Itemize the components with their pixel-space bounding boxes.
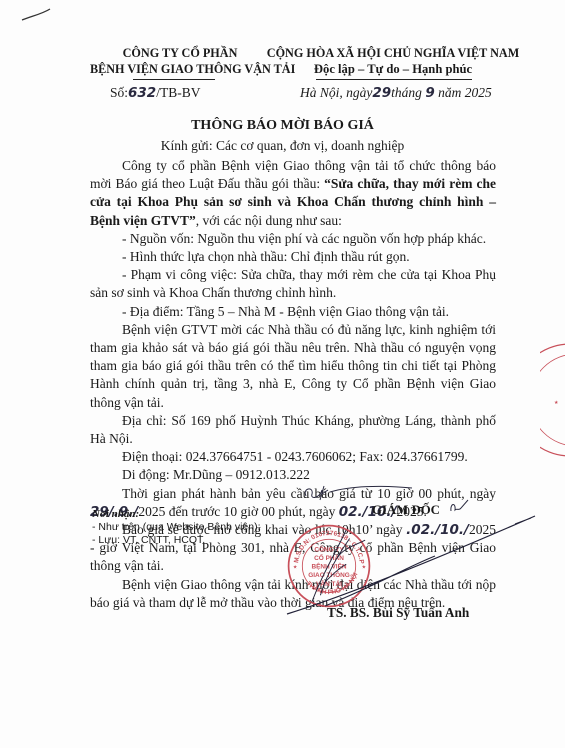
phone-line: Điện thoại: 024.37664751 - 0243.7606062;… xyxy=(90,448,496,466)
initials-mark-icon xyxy=(300,482,420,504)
bullet-location: - Địa điểm: Tầng 5 – Nhà M - Bệnh viện G… xyxy=(90,303,496,321)
motto-underline xyxy=(316,79,472,80)
org-underline xyxy=(133,79,215,80)
national-motto: Độc lập – Tự do – Hạnh phúc xyxy=(262,62,524,78)
edge-seal-icon: ★ xyxy=(540,340,565,460)
bullet-selection-method: - Hình thức lựa chọn nhà thầu: Chỉ định … xyxy=(90,248,496,266)
address-line: Địa chỉ: Số 169 phố Huỳnh Thúc Kháng, ph… xyxy=(90,412,496,448)
national-header: CỘNG HÒA XÃ HỘI CHỦ NGHĨA VIỆT NAM Độc l… xyxy=(262,46,524,77)
intro-paragraph: Công ty cổ phần Bệnh viện Giao thông vận… xyxy=(90,157,496,230)
document-date: Hà Nội, ngày29tháng 9 năm 2025 xyxy=(300,85,492,101)
date-day-handwritten: 29 xyxy=(372,85,391,101)
signature-stroke-icon xyxy=(285,506,545,618)
recipients-block: Nơi nhận: - Như trên (qua Website Bệnh v… xyxy=(92,508,261,547)
pen-mark-icon xyxy=(18,4,58,26)
bullet-scope: - Phạm vi công việc: Sửa chữa, thay mới … xyxy=(90,266,496,302)
document-number: Số:632/TB-BV xyxy=(110,85,200,101)
nation-name: CỘNG HÒA XÃ HỘI CHỦ NGHĨA VIỆT NAM xyxy=(262,46,524,62)
svg-text:★: ★ xyxy=(554,400,559,406)
mobile-line: Di động: Mr.Dũng – 0912.013.222 xyxy=(90,466,496,484)
recipient-item: - Như trên (qua Website Bệnh viện); xyxy=(92,521,261,534)
document-title: THÔNG BÁO MỜI BÁO GIÁ xyxy=(0,118,565,134)
org-name-line1: CÔNG TY CỔ PHẦN xyxy=(90,46,270,62)
recipients-label: Nơi nhận: xyxy=(92,508,261,521)
document-page: CÔNG TY CỔ PHẦN BỆNH VIỆN GIAO THÔNG VẬN… xyxy=(0,0,565,748)
invite-paragraph: Bệnh viện GTVT mời các Nhà thầu có đủ nă… xyxy=(90,321,496,412)
signer-name: TS. BS. Bùi Sỹ Tuấn Anh xyxy=(327,605,469,621)
recipient-item: - Lưu: VT, CNTT, HCQT. xyxy=(92,534,261,547)
organization-header: CÔNG TY CỔ PHẦN BỆNH VIỆN GIAO THÔNG VẬN… xyxy=(90,46,270,77)
date-month-handwritten: 9 xyxy=(425,85,434,101)
bullet-funding: - Nguồn vốn: Nguồn thu viện phí và các n… xyxy=(90,230,496,248)
recipient-line: Kính gửi: Các cơ quan, đơn vị, doanh ngh… xyxy=(0,138,565,154)
doc-number-handwritten: 632 xyxy=(128,85,156,101)
org-name-line2: BỆNH VIỆN GIAO THÔNG VẬN TẢI xyxy=(90,62,270,78)
